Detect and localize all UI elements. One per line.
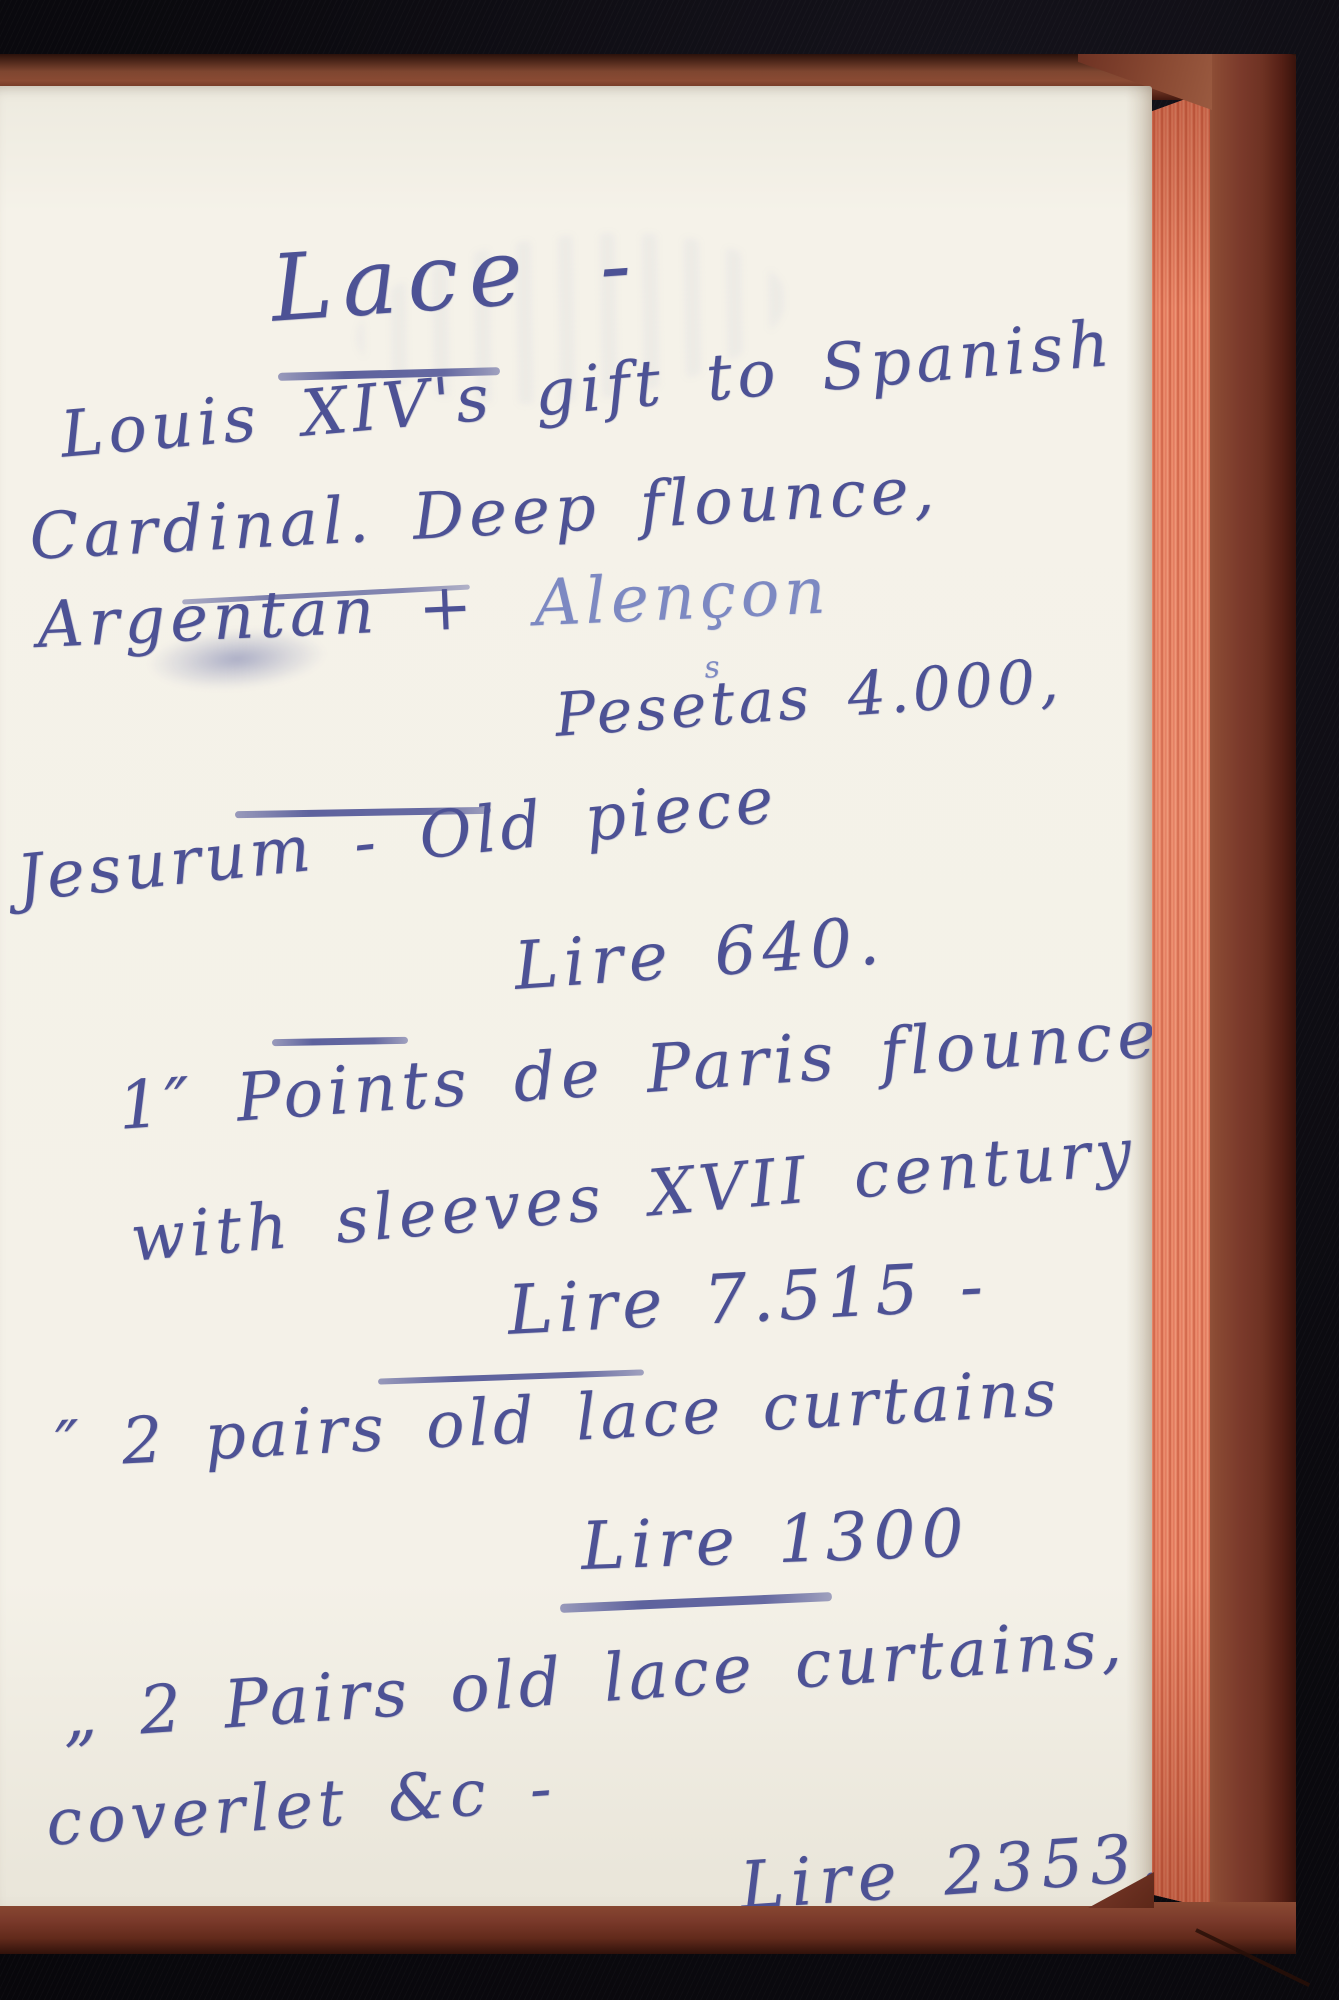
leather-cover-right-edge <box>1206 54 1296 1954</box>
handwritten-line-4: Pesetas 4.000, <box>553 651 1064 746</box>
handwritten-line-6: Lire 640. <box>512 908 887 1000</box>
handwritten-word-alencon: Alençon <box>533 554 832 641</box>
ink-divider-2 <box>272 1037 408 1046</box>
notebook-page: Lace - Louis XIV's gift to Spanish Cardi… <box>0 86 1152 1906</box>
leather-cover-bottom-edge <box>0 1902 1296 1954</box>
photo-background: Lace - Louis XIV's gift to Spanish Cardi… <box>0 0 1339 2000</box>
handwritten-line-12: „ 2 Pairs old lace curtains, <box>60 1610 1127 1750</box>
handwritten-line-10: ″ 2 pairs old lace curtains <box>54 1361 1062 1478</box>
handwritten-line-9: Lire 7.515 - <box>506 1253 989 1346</box>
handwritten-line-8: with sleeves XVII century <box>128 1120 1139 1272</box>
handwritten-line-2: Cardinal. Deep flounce, <box>28 458 940 570</box>
handwritten-line-5: Jesurum - Old piece <box>14 768 780 911</box>
lire-1300-underline-stroke <box>560 1592 832 1613</box>
handwritten-line-11: Lire 1300 <box>580 1500 971 1580</box>
handwritten-word-argentan: Argentan + <box>36 570 479 663</box>
page-title: Lace - <box>268 218 644 336</box>
handwritten-line-3: Argentan + Alençon <box>36 559 832 658</box>
handwritten-line-13: coverlet &c - <box>44 1756 558 1856</box>
page-fore-edge <box>1150 92 1210 1902</box>
handwritten-line-14: Lire 2353. <box>738 1824 1152 1906</box>
handwritten-line-7: 1″ Points de Paris flounce <box>116 1001 1152 1140</box>
